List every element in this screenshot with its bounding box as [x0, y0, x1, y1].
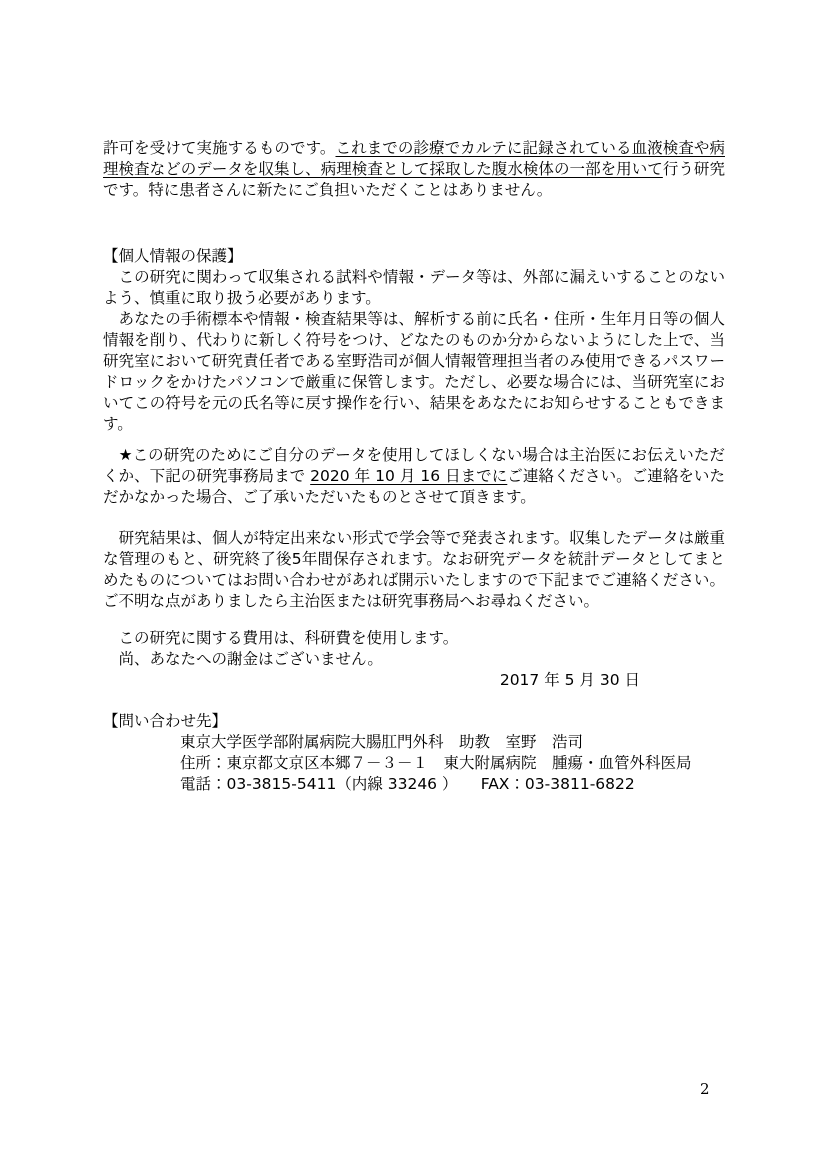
privacy-paragraph-2: あなたの手術標本や情報・検査結果等は、解析する前に氏名・住所・生年月日等の個人情…: [103, 309, 725, 435]
document-content: 許可を受けて実施するものです。これまでの診療でカルテに記録されている血液検査や病…: [103, 138, 725, 795]
funding-line-1: この研究に関する費用は、科研費を使用します。: [103, 628, 725, 649]
results-paragraph: 研究結果は、個人が特定出来ない形式で学会等で発表されます。収集したデータは厳重な…: [103, 528, 725, 612]
privacy-paragraph-1: この研究に関わって収集される試料や情報・データ等は、外部に漏えいすることのないよ…: [103, 267, 725, 309]
contact-phone-fax-line: 電話：03-3815-5411（内線 33246 ） FAX：03-3811-6…: [103, 774, 725, 795]
opt-out-paragraph: ★この研究のためにご自分のデータを使用してほしくない場合は主治医にお伝えいただく…: [103, 445, 725, 508]
privacy-section-heading: 【個人情報の保護】: [103, 246, 725, 267]
funding-line-2: 尚、あなたへの謝金はございません。: [103, 649, 725, 670]
document-page: 許可を受けて実施するものです。これまでの診療でカルテに記録されている血液検査や病…: [0, 0, 826, 1169]
intro-text-before: 許可を受けて実施するものです。: [103, 139, 336, 157]
opt-out-deadline-underlined: 2020 年 10 月 16 日までに: [310, 467, 507, 485]
intro-paragraph: 許可を受けて実施するものです。これまでの診療でカルテに記録されている血液検査や病…: [103, 138, 725, 201]
page-number: 2: [700, 1080, 710, 1098]
contact-section-heading: 【問い合わせ先】: [103, 711, 725, 732]
contact-name-line: 東京大学医学部附属病院大腸肛門外科 助教 室野 浩司: [103, 732, 725, 753]
contact-address-line: 住所：東京都文京区本郷７－３－１ 東大附属病院 腫瘍・血管外科医局: [103, 753, 725, 774]
document-date: 2017 年 5 月 30 日: [103, 670, 725, 691]
